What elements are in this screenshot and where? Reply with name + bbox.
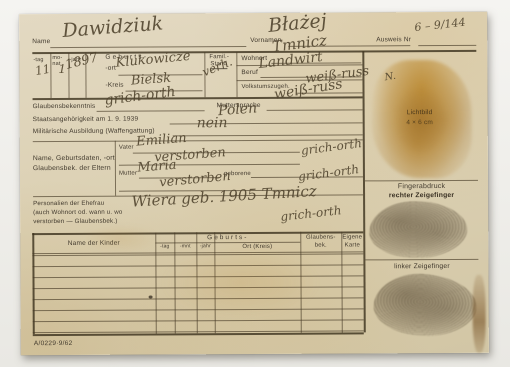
photo-size-label: 4 × 6 cm [368,119,472,127]
rule [365,180,478,182]
left-fingerprint-label: linker Zeigefinger [365,263,478,271]
fingerprint-header: Fingerabdruck [365,183,478,192]
right-index-fingerprint [369,201,467,259]
registration-card: Name Dawidziuk Vornamen Błażej Ausweis N… [19,12,489,355]
children-day-header: -tag [155,244,174,250]
wife-section-label: Personalien der Ehefrau (auch Wohnort od… [33,200,123,227]
birth-district-label: -Kreis [105,82,123,90]
rule [32,50,476,54]
paper-stain [80,223,160,253]
mother-faith-value: grich-orth [297,162,360,184]
ink-speck [149,296,153,299]
rule [97,110,205,112]
edge-stain [472,275,485,353]
right-fingerprint-label: rechter Zeigefinger [365,192,478,200]
handwritten-mark: N. [384,71,397,84]
children-birth-header: Geburts- [155,234,300,242]
citizenship-label: Staatsangehörigkeit am 1. 9. 1939 [33,116,139,124]
rule [33,96,363,100]
rule [115,141,116,196]
rule [173,134,363,136]
photo-label: Lichtbild [368,109,472,117]
mother-name-value: Maria [137,158,177,176]
religion-label: Glaubensbekenntnis [33,103,96,111]
parents-section-label: Name, Geburtsdaten, -ort Glaubensbek. de… [33,154,115,175]
rule [365,259,478,261]
rule [32,233,35,334]
left-index-fingerprint [372,272,478,339]
ausweis-number-label: Ausweis Nr [376,36,411,44]
military-training-value: nein [197,115,228,131]
table-row-line [33,319,364,322]
wife-faith-value: grich-orth [280,203,342,224]
rule [236,52,237,97]
birth-day-value: 11 [34,62,52,79]
children-month-header: -mnt [174,244,196,250]
ausweis-number-value: 6 – 9/144 [414,16,466,35]
rule [50,46,246,48]
children-religion-header: Glaubens- bek. [300,235,341,251]
occupation-label: Beruf [241,69,258,77]
rule [33,332,364,336]
name-value: Dawidziuk [62,12,164,42]
father-label: Vater [119,145,134,152]
name-label: Name [32,38,50,46]
mother-label: Mutter [119,171,137,178]
rule [267,109,363,111]
birth-place-label: -ort [105,65,116,73]
form-print-code: A/0229·9/62 [34,340,73,348]
father-name-value: Emilian [136,131,187,150]
children-own-card-header: Eigene Karte [341,234,363,250]
rule [418,45,476,46]
